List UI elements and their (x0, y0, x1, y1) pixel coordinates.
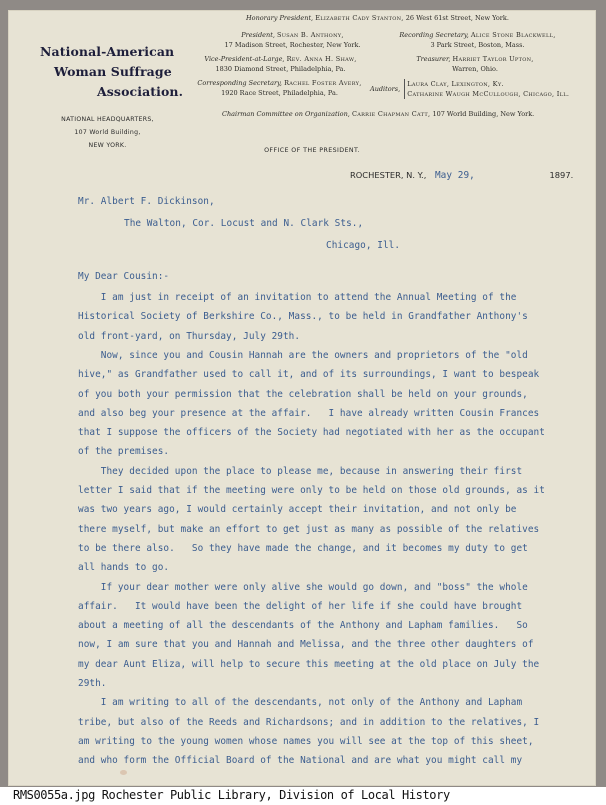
hq-line: NEW YORK. (50, 139, 165, 152)
body-line: old front-yard, on Thursday, July 29th. (78, 331, 300, 342)
body-line: If your dear mother were only alive she … (78, 582, 528, 593)
body-line: Now, since you and Cousin Hannah are the… (78, 350, 528, 361)
officer-address: 107 World Building, New York. (432, 110, 534, 118)
recording-secretary: Recording Secretary, Alice Stone Blackwe… (390, 30, 565, 50)
body-line: am writing to the young women whose name… (78, 736, 534, 747)
recipient-name: Mr. Albert F. Dickinson, (78, 196, 215, 207)
office-of-president: OFFICE OF THE PRESIDENT. (247, 147, 377, 154)
officer-name: Rev. Anna H. Shaw, (287, 55, 357, 63)
hq-line: 107 World Building, (50, 126, 165, 139)
recipient-address-line2: Chicago, Ill. (326, 240, 400, 251)
chairman-organization: Chairman Committee on Organization, Carr… (222, 109, 534, 119)
dateline-place: ROCHESTER, N. Y., (350, 170, 426, 180)
body-line: I am writing to all of the descendants, … (78, 697, 522, 708)
body-line: 29th. (78, 678, 106, 689)
org-name-line: National-American (40, 42, 170, 62)
body-line: was two years ago, I would certainly acc… (78, 504, 516, 515)
body-line: hive," as Grandfather used to call it, a… (78, 369, 539, 380)
body-line: about a meeting of all the descendants o… (78, 620, 528, 631)
headquarters-block: NATIONAL HEADQUARTERS, 107 World Buildin… (50, 113, 165, 152)
officer-title: Chairman Committee on Organization, (222, 110, 350, 118)
officer-name: Carrie Chapman Catt, (352, 110, 430, 118)
salutation: My Dear Cousin:- (78, 271, 169, 282)
auditor-line: Laura Clay, Lexington, Ky. (407, 79, 569, 89)
dateline-date: May 29, (435, 170, 475, 181)
president: President, Susan B. Anthony, 17 Madison … (205, 30, 380, 50)
hq-line: NATIONAL HEADQUARTERS, (50, 113, 165, 126)
auditors: Auditors, Laura Clay, Lexington, Ky. Cat… (370, 79, 569, 99)
organization-name: National-American Woman Suffrage Associa… (40, 42, 170, 102)
corresponding-secretary: Corresponding Secretary, Rachel Foster A… (192, 78, 367, 98)
officer-title: Treasurer, (416, 55, 450, 63)
officer-title: Vice-President-at-Large, (204, 55, 284, 63)
officer-title: Honorary President, (246, 14, 313, 22)
officer-name: Harriet Taylor Upton, (453, 55, 534, 63)
body-line: my dear Aunt Eliza, will help to secure … (78, 659, 539, 670)
officer-title: Corresponding Secretary, (197, 79, 282, 87)
paper-stain (120, 770, 127, 775)
officer-address: Warren, Ohio. (405, 64, 545, 74)
officer-title: Recording Secretary, (399, 31, 468, 39)
officer-name: Rachel Foster Avery, (284, 79, 362, 87)
officer-name: Susan B. Anthony, (277, 31, 344, 39)
body-line: to be there also. So they have made the … (78, 543, 528, 554)
officer-address: 3 Park Street, Boston, Mass. (390, 40, 565, 50)
body-line: I am just in receipt of an invitation to… (78, 292, 516, 303)
officer-title: Auditors, (370, 85, 400, 93)
org-name-line: Association. (40, 82, 170, 102)
honorary-president: Honorary President, Elizabeth Cady Stant… (246, 13, 509, 23)
body-line: all hands to go. (78, 562, 169, 573)
dateline: ROCHESTER, N. Y., May 29, 1897. (350, 170, 573, 181)
officer-address: 17 Madison Street, Rochester, New York. (205, 40, 380, 50)
body-line: letter I said that if the meeting were o… (78, 485, 545, 496)
officer-name: Elizabeth Cady Stanton, (315, 14, 403, 22)
body-line: of the premises. (78, 446, 169, 457)
auditor-line: Catharine Waugh McCullough, Chicago, Ill… (407, 89, 569, 99)
body-line: and who form the Official Board of the N… (78, 755, 522, 766)
recipient-address-line1: The Walton, Cor. Locust and N. Clark Sts… (124, 218, 363, 229)
image-caption: RMS0055a.jpg Rochester Public Library, D… (13, 788, 450, 802)
body-line: there myself, but make an effort to get … (78, 524, 539, 535)
officer-address: 26 West 61st Street, New York. (406, 14, 509, 22)
officer-name: Alice Stone Blackwell, (471, 31, 556, 39)
body-line: of you both your permission that the cel… (78, 389, 528, 400)
treasurer: Treasurer, Harriet Taylor Upton, Warren,… (405, 54, 545, 74)
body-line: Historical Society of Berkshire Co., Mas… (78, 311, 528, 322)
body-line: now, I am sure that you and Hannah and M… (78, 639, 534, 650)
officer-address: 1830 Diamond Street, Philadelphia, Pa. (193, 64, 368, 74)
org-name-line: Woman Suffrage (40, 62, 170, 82)
vice-president: Vice-President-at-Large, Rev. Anna H. Sh… (193, 54, 368, 74)
body-line: tribe, but also of the Reeds and Richard… (78, 717, 539, 728)
body-line: They decided upon the place to please me… (78, 466, 522, 477)
dateline-year: 1897. (550, 170, 574, 180)
body-line: and also beg your presence at the affair… (78, 408, 539, 419)
body-line: affair. It would have been the delight o… (78, 601, 522, 612)
body-line: that I suppose the officers of the Socie… (78, 427, 545, 438)
officer-address: 1920 Race Street, Philadelphia, Pa. (192, 88, 367, 98)
officer-title: President, (241, 31, 275, 39)
